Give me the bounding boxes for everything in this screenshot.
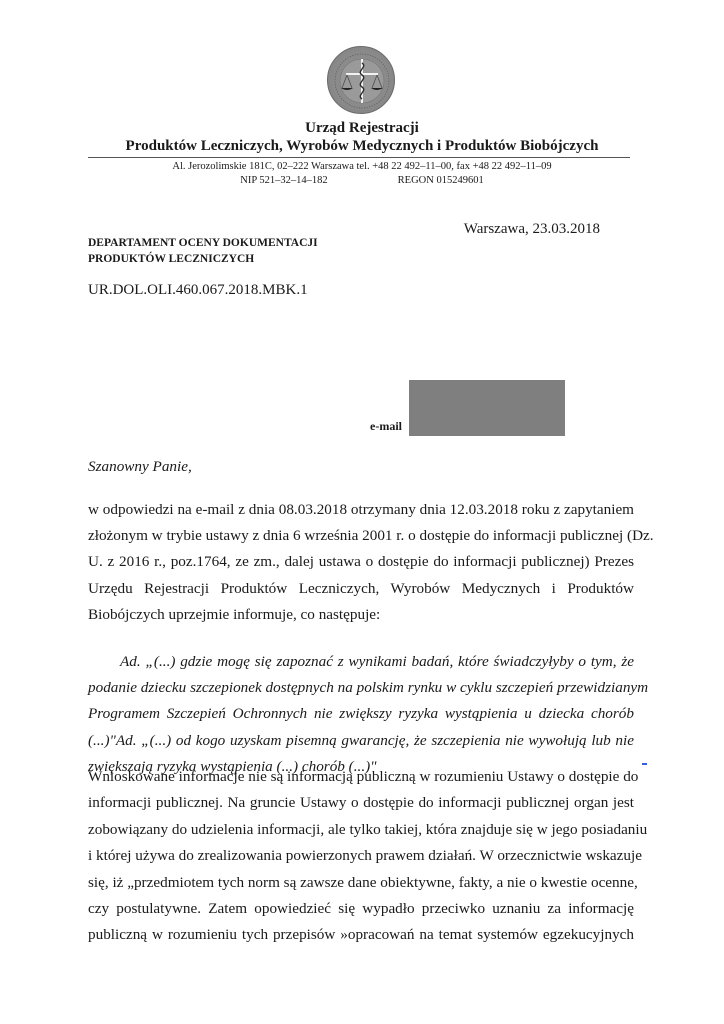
body-line: publiczną w rozumieniu tych przepisów »o… — [88, 925, 634, 945]
org-registration: NIP 521–32–14–182REGON 015249601 — [0, 175, 724, 186]
nip-number: NIP 521–32–14–182 — [240, 175, 327, 186]
org-address: Al. Jerozolimskie 181C, 02–222 Warszawa … — [0, 161, 724, 172]
body-line: informacji publicznej. Na gruncie Ustawy… — [88, 793, 634, 813]
header-divider — [88, 157, 630, 158]
recipient-email-label: e-mail — [370, 419, 402, 434]
agency-seal-logo — [327, 46, 395, 114]
body-line: zobowiązany do udzielenia informacji, al… — [88, 820, 634, 840]
body-line: Wnioskowane informacje nie są informacją… — [88, 767, 634, 787]
quote-line: (...)"Ad. „(...) od kogo uzyskam pisemną… — [88, 731, 634, 751]
reference-number: UR.DOL.OLI.460.067.2018.MBK.1 — [88, 282, 308, 299]
body-line: i której używa do zrealizowania powierzo… — [88, 846, 634, 866]
department-line1: DEPARTAMENT OCENY DOKUMENTACJI — [88, 235, 318, 251]
intro-line: Urzędu Rejestracji Produktów Leczniczych… — [88, 579, 634, 599]
quote-line: podanie dziecku szczepionek dostępnych n… — [88, 678, 634, 698]
quote-line: Ad. „(...) gdzie mogę się zapoznać z wyn… — [120, 652, 634, 672]
caduceus-scales-icon — [328, 47, 396, 115]
intro-line: Biobójczych uprzejmie informuje, co nast… — [88, 605, 634, 625]
intro-line: złożonym w trybie ustawy z dnia 6 wrześn… — [88, 526, 634, 546]
intro-line: w odpowiedzi na e-mail z dnia 08.03.2018… — [88, 500, 634, 520]
department-line2: PRODUKTÓW LECZNICZYCH — [88, 251, 318, 267]
place-date: Warszawa, 23.03.2018 — [464, 221, 600, 238]
department-name: DEPARTAMENT OCENY DOKUMENTACJI PRODUKTÓW… — [88, 235, 318, 267]
redacted-email-block — [409, 380, 565, 436]
intro-line: U. z 2016 r., poz.1764, ze zm., dalej us… — [88, 552, 634, 572]
org-title-line2: Produktów Leczniczych, Wyrobów Medycznyc… — [0, 138, 724, 155]
scan-artifact-mark — [642, 763, 647, 765]
quote-line: Programem Szczepień Ochronnych nie zwięk… — [88, 704, 634, 724]
salutation: Szanowny Panie, — [88, 458, 192, 476]
regon-number: REGON 015249601 — [398, 175, 484, 186]
body-line: się, iż „przedmiotem tych norm są zawsze… — [88, 873, 634, 893]
body-line: czy postulatywne. Zatem opowiedzieć się … — [88, 899, 634, 919]
org-title-line1: Urząd Rejestracji — [0, 120, 724, 137]
